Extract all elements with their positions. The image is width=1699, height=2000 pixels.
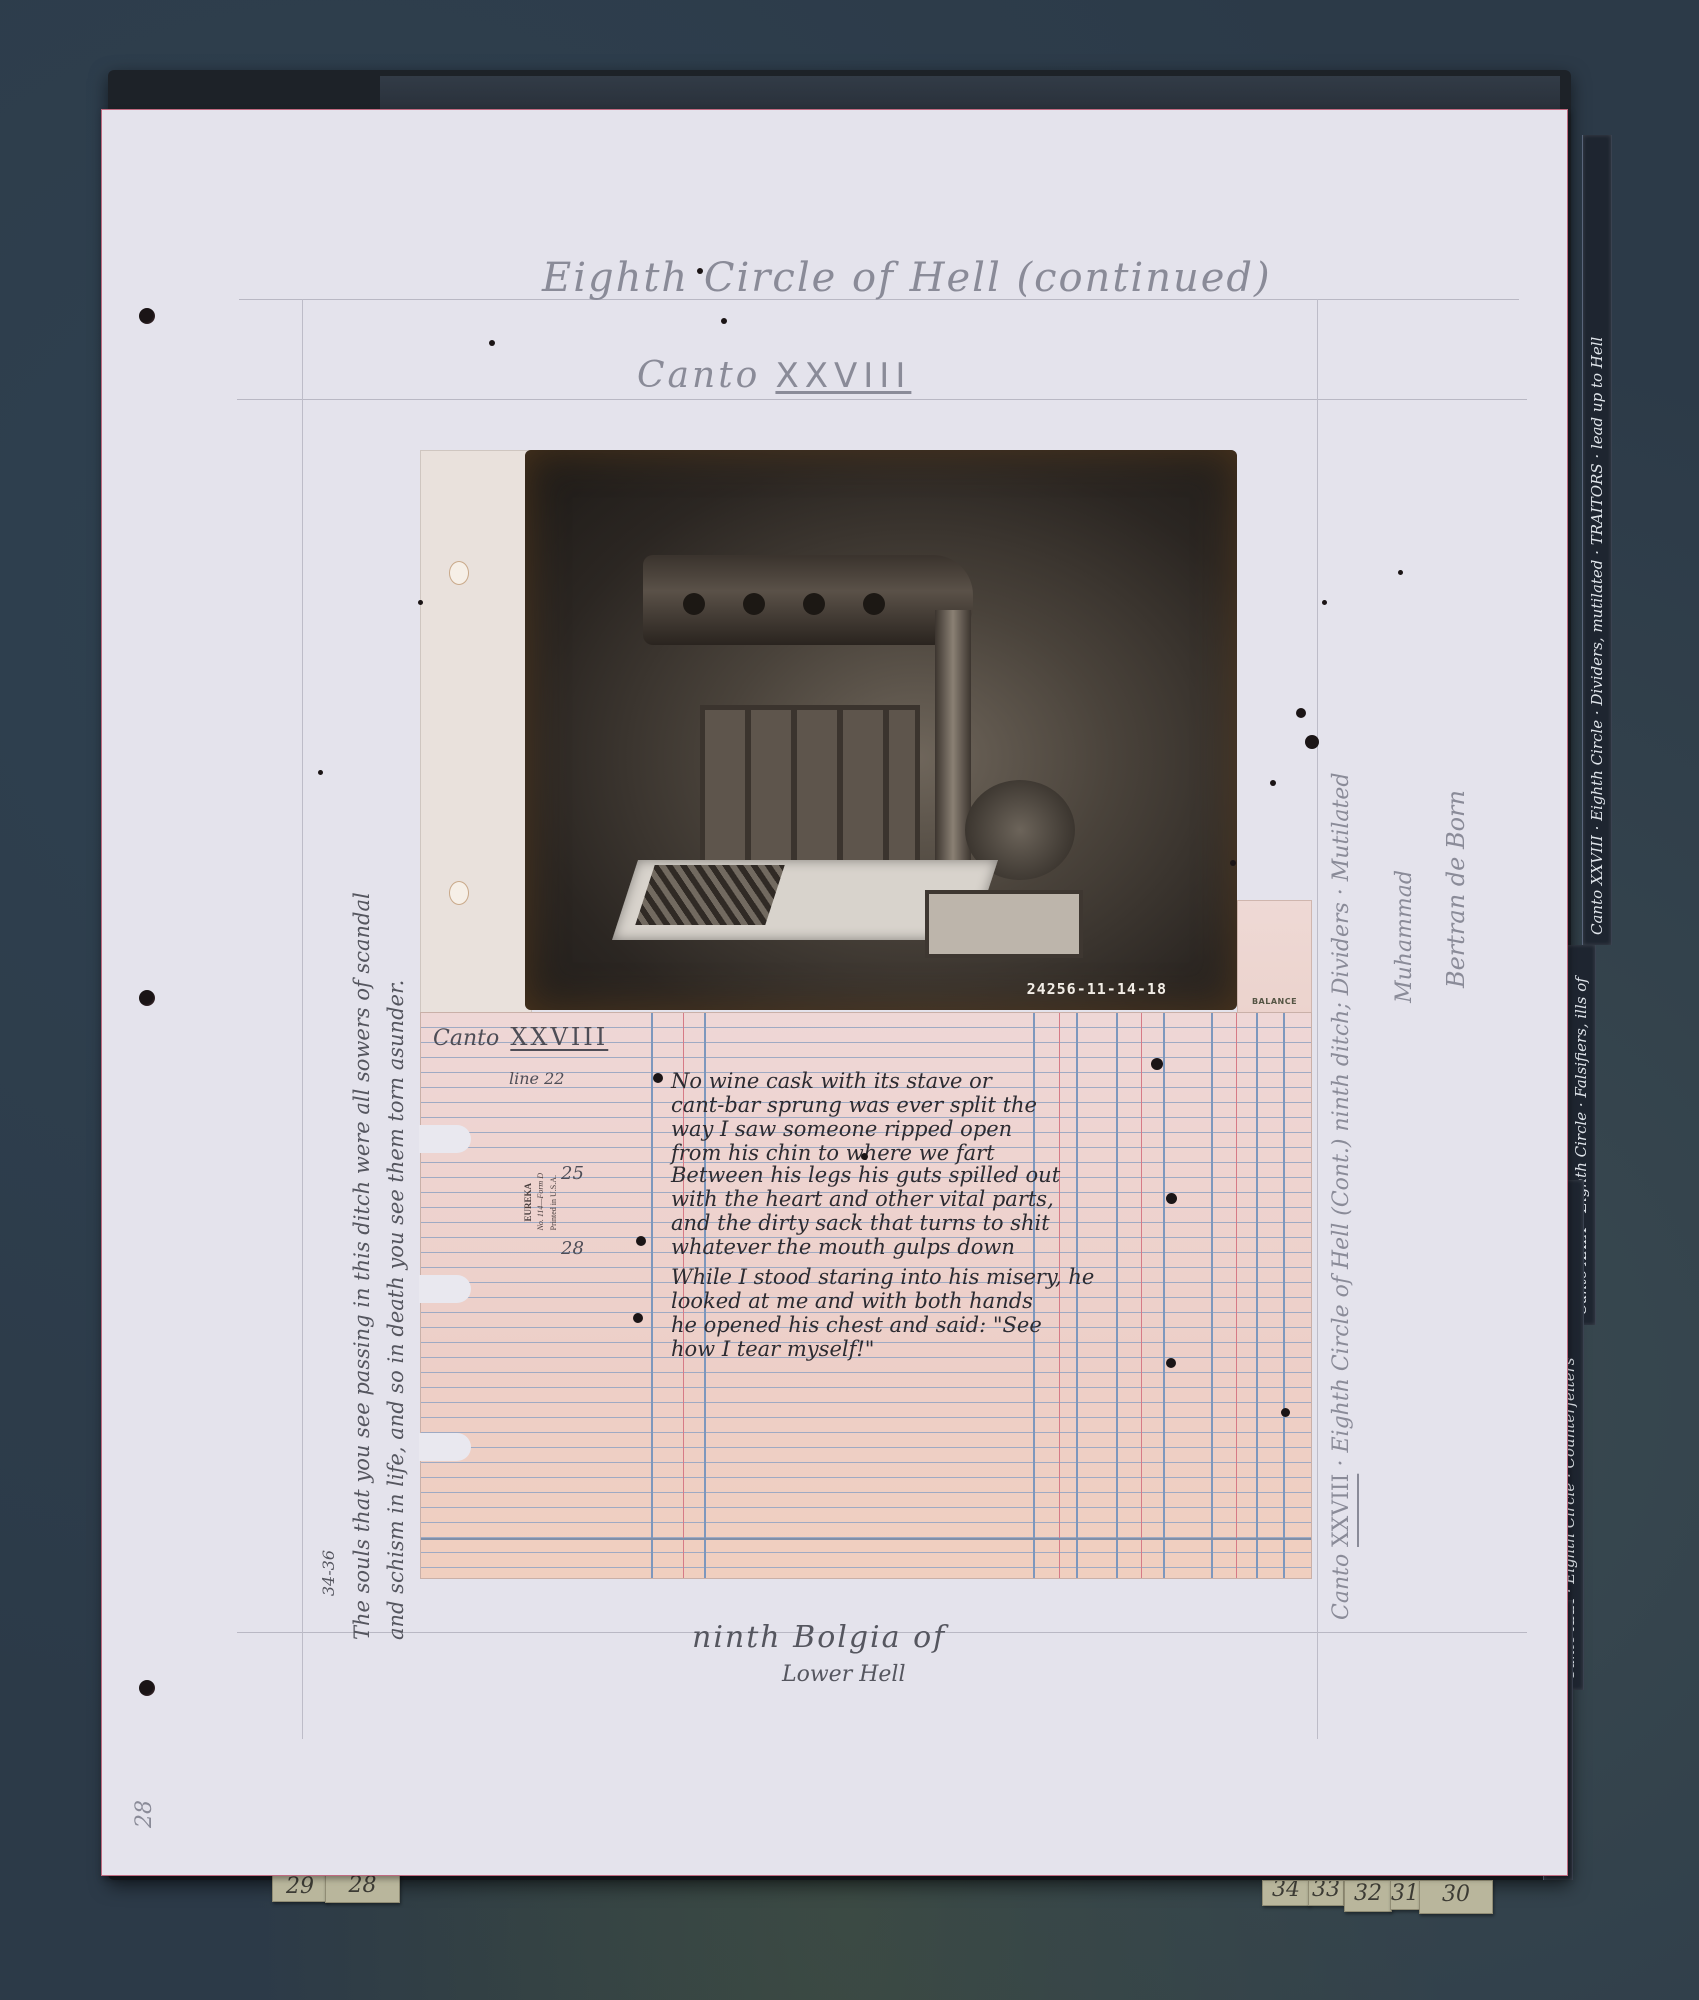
ink-spatter <box>1270 780 1276 786</box>
bottom-caption-line-2: Lower Hell <box>782 1662 906 1687</box>
tab-label: 29 <box>286 1874 314 1899</box>
photo-detail <box>683 593 705 615</box>
ledger-rule <box>1059 1013 1060 1578</box>
left-margin-text-1: The souls that you see passing in this d… <box>350 540 374 1640</box>
index-tab-34[interactable]: 34 <box>1262 1880 1310 1906</box>
ink-spatter <box>1281 1408 1290 1417</box>
verse-line: whatever the mouth gulps down <box>671 1235 1015 1259</box>
right-margin-name-muhammad: Muhammad <box>1392 870 1417 1003</box>
binder-hole-icon <box>139 990 155 1006</box>
tab-label: 32 <box>1354 1881 1382 1906</box>
ink-spatter <box>1230 860 1236 866</box>
line-ref-25: 25 <box>561 1163 584 1184</box>
balance-label: BALANCE <box>1238 997 1311 1006</box>
imprint-brand: EUREKA <box>523 1183 533 1222</box>
ink-spatter <box>633 1313 643 1323</box>
ink-spatter <box>489 340 495 346</box>
canto-word: Canto <box>637 355 760 396</box>
ledger-notch <box>419 1433 471 1461</box>
photo-caption: 24256-11-14-18 <box>1027 980 1167 998</box>
page-title: Eighth Circle of Hell (continued) <box>542 255 1272 301</box>
tab-label: 28 <box>349 1873 377 1898</box>
reinforced-hole-icon <box>449 561 469 585</box>
right-margin-text: · Eighth Circle of Hell (Cont.) ninth di… <box>1329 773 1354 1467</box>
photo-detail <box>743 593 765 615</box>
guide-line <box>237 399 1527 400</box>
left-margin-line-ref: 34-36 <box>319 1550 338 1596</box>
guide-line <box>302 299 303 1739</box>
right-margin-name-bertran: Bertran de Born <box>1442 790 1470 988</box>
verse-line: While I stood staring into his misery, h… <box>671 1265 1094 1289</box>
binder-hole-icon <box>139 1680 155 1696</box>
ink-spatter <box>636 1236 646 1246</box>
ledger-canto-numeral: XXVIII <box>510 1023 608 1051</box>
ledger-rule <box>1163 1013 1165 1578</box>
line-ref-22: line 22 <box>509 1069 564 1088</box>
ledger-rule <box>651 1013 653 1578</box>
ink-spatter <box>697 268 703 274</box>
ink-spatter <box>318 770 323 775</box>
verse-line: way I saw someone ripped open <box>671 1117 1012 1141</box>
left-margin-text-2: and schism in life, and so in death you … <box>384 710 408 1640</box>
verse-line: how I tear myself!" <box>671 1337 874 1361</box>
index-tab-30[interactable]: 30 <box>1419 1880 1493 1914</box>
ink-spatter <box>861 1153 868 1160</box>
photo-grate <box>635 865 784 925</box>
ink-spatter <box>653 1073 663 1083</box>
ink-spatter <box>418 600 423 605</box>
ink-spatter <box>1322 600 1327 605</box>
right-margin-canto: Canto <box>1329 1554 1354 1620</box>
imprint-form: No. 114—Form D <box>536 1173 545 1230</box>
photo-detail <box>803 593 825 615</box>
bottom-caption-line-1: ninth Bolgia of <box>692 1620 946 1655</box>
ledger-rule <box>1211 1013 1213 1578</box>
reinforced-hole-icon <box>449 881 469 905</box>
machine-photograph: 24256-11-14-18 <box>525 450 1237 1010</box>
ledger-canto-word: Canto <box>433 1026 499 1051</box>
binder-hole-icon <box>139 308 155 324</box>
ink-spatter <box>1296 708 1306 718</box>
canto-heading: Canto XXVIII <box>637 355 911 396</box>
ink-spatter <box>1166 1193 1177 1204</box>
photo-detail <box>863 593 885 615</box>
tab-label: 34 <box>1272 1880 1300 1902</box>
ink-spatter <box>1305 735 1319 749</box>
verse-line: looked at me and with both hands <box>671 1289 1033 1313</box>
line-ref-28: 28 <box>561 1238 584 1259</box>
index-tab-32[interactable]: 32 <box>1344 1880 1392 1912</box>
tab-label: 30 <box>1442 1882 1470 1907</box>
spine-label-text: Canto XXVIII · Eighth Circle · Dividers,… <box>1583 135 1611 945</box>
imprint-origin: Printed in U.S.A. <box>549 1175 558 1230</box>
photo-cylinder <box>643 555 973 645</box>
index-tab-33[interactable]: 33 <box>1308 1880 1344 1906</box>
ledger-rule <box>1256 1013 1258 1578</box>
canto-numeral: XXVIII <box>775 356 911 396</box>
right-margin-annotation: Canto XXVIII · Eighth Circle of Hell (Co… <box>1329 470 1354 1620</box>
verse-line: No wine cask with its stave or <box>671 1069 992 1093</box>
ink-spatter <box>1151 1058 1163 1070</box>
ledger-sheet: Canto XXVIII EUREKA No. 114—Form D Print… <box>420 1012 1312 1579</box>
verse-line: from his chin to where we fart <box>671 1141 995 1165</box>
ledger-notch <box>419 1125 471 1153</box>
ink-spatter <box>721 318 727 324</box>
ledger-rule <box>1141 1013 1142 1578</box>
ledger-rule <box>1236 1013 1237 1578</box>
ink-spatter <box>1398 570 1403 575</box>
guide-line <box>1317 299 1318 1739</box>
verse-line: and the dirty sack that turns to shit <box>671 1211 1050 1235</box>
index-tab-31[interactable]: 31 <box>1390 1880 1420 1910</box>
verse-line: cant-bar sprung was ever split the <box>671 1093 1037 1117</box>
photo-mount-strip <box>420 450 532 1016</box>
ink-spatter <box>1166 1358 1176 1368</box>
ledger-canto-heading: Canto XXVIII <box>433 1023 608 1051</box>
verse-line: with the heart and other vital parts, <box>671 1187 1054 1211</box>
verse-line: he opened his chest and said: "See <box>671 1313 1042 1337</box>
spine-label-strip-1: Canto XXVIII · Eighth Circle · Dividers,… <box>1582 135 1612 945</box>
photo-tray <box>925 890 1083 958</box>
ledger-rule <box>1076 1013 1078 1578</box>
corner-page-number: 28 <box>132 1800 157 1828</box>
right-margin-numeral: XXVIII <box>1329 1473 1354 1546</box>
ledger-notch <box>419 1275 471 1303</box>
verse-line: Between his legs his guts spilled out <box>671 1163 1060 1187</box>
ledger-rule <box>1116 1013 1118 1578</box>
tab-label: 31 <box>1391 1881 1419 1906</box>
ledger-header-corner: BALANCE <box>1237 900 1312 1014</box>
ledger-bottom-rule <box>421 1538 1311 1540</box>
tab-label: 33 <box>1312 1880 1340 1902</box>
ledger-rule <box>1283 1013 1285 1578</box>
